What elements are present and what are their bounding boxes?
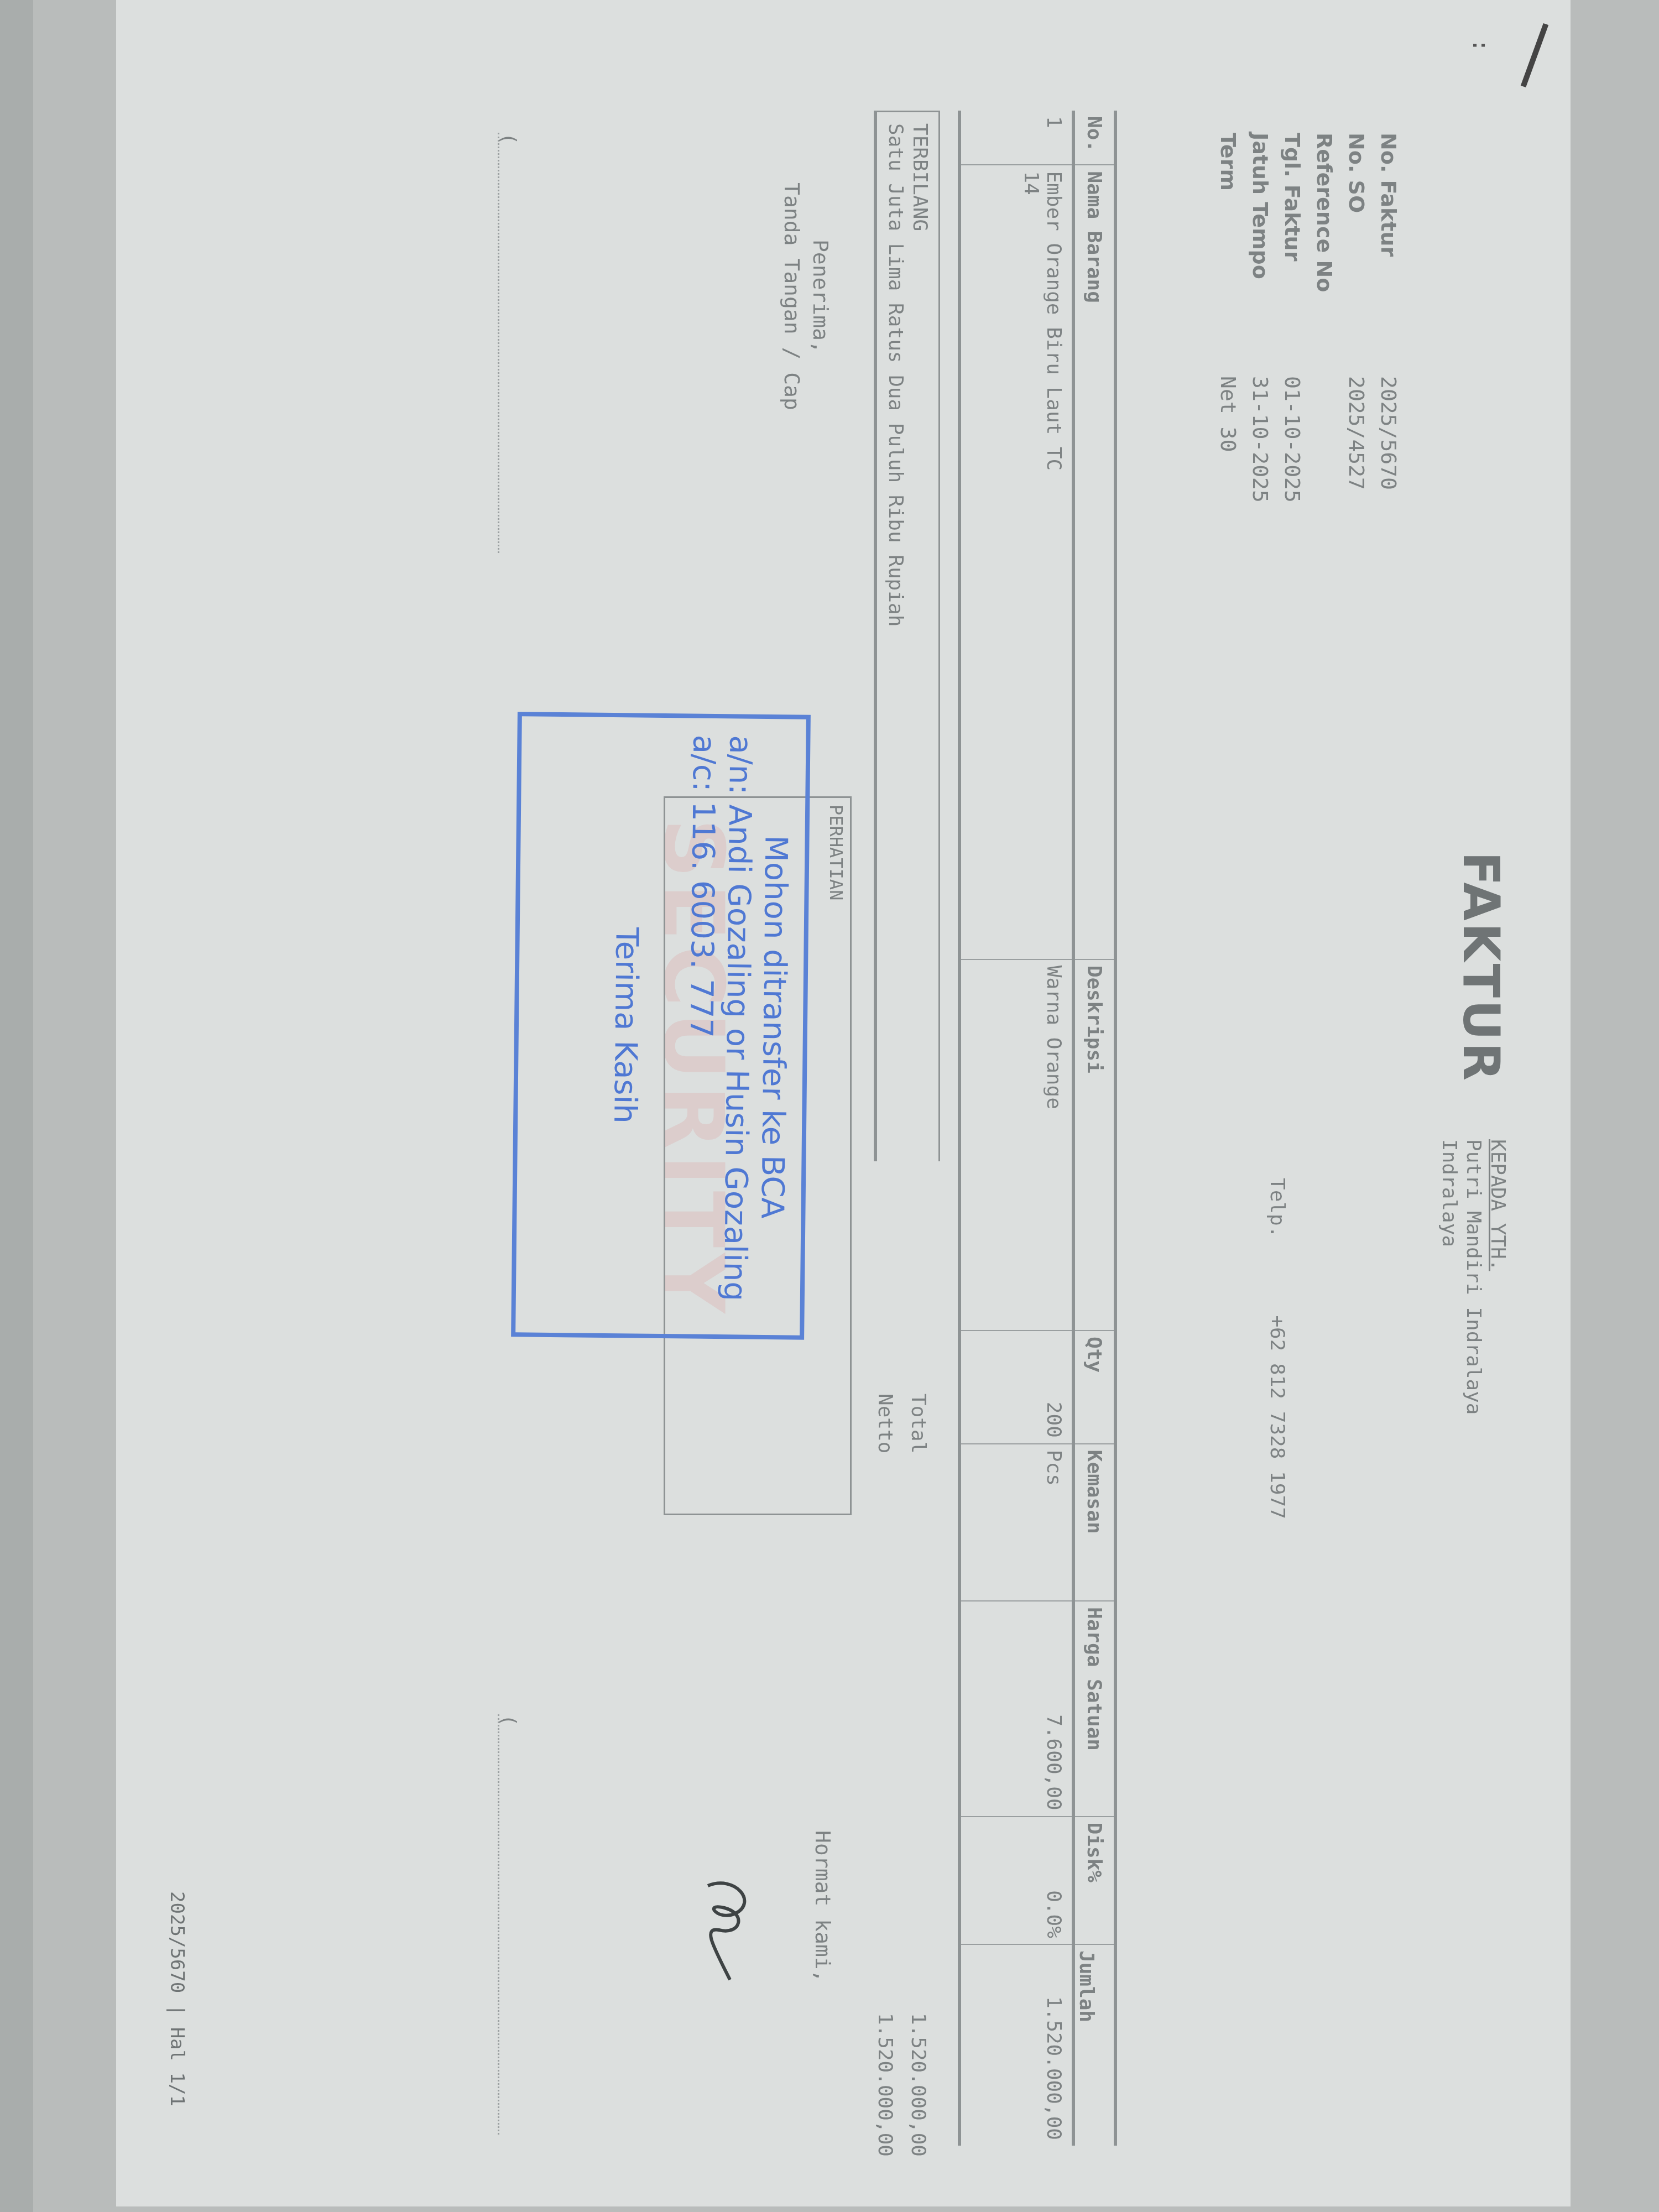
col-header: Nama Barang — [1075, 165, 1114, 959]
meta-value: 01-10-2025 — [1276, 376, 1308, 597]
terbilang-value: Satu Juta Lima Ratus Dua Puluh Ribu Rupi… — [883, 123, 907, 1150]
sender-label: Hormat kami, — [811, 1830, 835, 1983]
stamp-thanks: Terima Kasih — [604, 734, 646, 1317]
cell-qty: 200 — [961, 1331, 1072, 1444]
total-value: 1.520.000,00 — [901, 2013, 935, 2157]
terbilang-label: TERBILANG — [907, 123, 932, 1150]
cell-text: Warna Orange — [1042, 966, 1065, 1109]
netto-row: Netto1.520.000,00 — [868, 1394, 901, 2157]
cell-text: 0.0% — [1042, 1890, 1065, 1938]
cell-kemasan: Pcs — [961, 1444, 1072, 1601]
total-label: Total — [901, 1394, 935, 1453]
meta-value: 31-10-2025 — [1244, 376, 1276, 597]
meta-label: Term — [1212, 133, 1244, 376]
totals-block: Total1.520.000,00 Netto1.520.000,00 — [868, 1394, 935, 2157]
recipient-city: Indralaya — [1437, 1139, 1461, 1415]
sender-signature-line: ( — [498, 1714, 520, 2135]
cell-text: 1 — [1042, 116, 1065, 128]
meta-value: 2025/4527 — [1340, 376, 1373, 597]
meta-row: No. SO2025/4527 — [1340, 133, 1373, 597]
meta-label: No. Faktur — [1373, 133, 1405, 376]
meta-row: TermNet 30 — [1212, 133, 1244, 597]
cell-text: 14 — [1020, 171, 1042, 195]
meta-label: Tgl. Faktur — [1276, 133, 1308, 376]
recipient-block: KEPADA YTH. Putri Mandiri Indralaya Indr… — [1437, 1139, 1510, 1415]
meta-row: Jatuh Tempo31-10-2025 — [1244, 133, 1276, 597]
receiver-block: Penerima, Tanda Tangan / Cap — [778, 182, 835, 410]
table-header: No. Nama Barang Deskripsi Qty Kemasan Ha… — [1072, 111, 1114, 2146]
terbilang-box: TERBILANG Satu Juta Lima Ratus Dua Puluh… — [874, 111, 940, 1161]
cell-harga: 7.600,00 — [961, 1601, 1072, 1817]
table-row: 1 Ember Orange Biru Laut TC14 Warna Oran… — [961, 111, 1072, 2146]
cell-text: 200 — [1042, 1402, 1065, 1438]
meta-row: No. Faktur2025/5670 — [1373, 133, 1405, 597]
receiver-label: Penerima, — [806, 182, 835, 410]
cell-nama: Ember Orange Biru Laut TC14 — [961, 165, 1072, 959]
paren-open: ( — [497, 1714, 520, 1726]
cell-disk: 0.0% — [961, 1817, 1072, 1945]
meta-value: Net 30 — [1212, 376, 1244, 597]
cell-text: Pcs — [1042, 1450, 1065, 1486]
invoice-title: FAKTUR — [1452, 852, 1510, 1083]
netto-value: 1.520.000,00 — [868, 2013, 901, 2157]
col-header: No. — [1075, 111, 1114, 165]
pen-mark-icon — [1521, 23, 1548, 87]
col-header: Harga Satuan — [1075, 1601, 1114, 1817]
cell-text: 7.600,00 — [1042, 1714, 1065, 1810]
col-header: Jumlah — [1075, 1945, 1114, 2146]
bank-transfer-stamp: Mohon ditransfer ke BCA a/n: Andi Gozali… — [511, 712, 811, 1339]
cell-no: 1 — [961, 111, 1072, 165]
meta-value: 2025/5670 — [1373, 376, 1405, 597]
phone-value: +62 812 7328 1977 — [1266, 1315, 1288, 1519]
cell-text: 1.520.000,00 — [1042, 1996, 1065, 2140]
meta-value — [1308, 376, 1340, 597]
recipient-name: Putri Mandiri Indralaya — [1461, 1139, 1485, 1415]
stamp-line: Mohon ditransfer ke BCA — [752, 735, 795, 1319]
meta-label: Reference No — [1308, 133, 1340, 376]
cell-text: Ember Orange Biru Laut TC — [1042, 171, 1065, 471]
perhatian-label: PERHATIAN — [826, 805, 847, 900]
signature-caption: Tanda Tangan / Cap — [778, 182, 806, 410]
pen-dots: : — [1468, 39, 1493, 52]
phone-label: Telp. — [1266, 1178, 1288, 1238]
cell-deskripsi: Warna Orange — [961, 960, 1072, 1331]
desk-surface — [0, 0, 33, 2212]
meta-row: Tgl. Faktur01-10-2025 — [1276, 133, 1308, 597]
recipient-label: KEPADA YTH. — [1485, 1139, 1510, 1415]
items-table: No. Nama Barang Deskripsi Qty Kemasan Ha… — [958, 111, 1117, 2146]
stamp-line: a/n: Andi Gozaling or Husin Gozaling — [716, 735, 758, 1318]
signature-icon — [680, 1869, 769, 1991]
receiver-signature-line: ( — [498, 133, 520, 553]
meta-row: Reference No — [1308, 133, 1340, 597]
invoice-page: : FAKTUR KEPADA YTH. Putri Mandiri Indra… — [133, 0, 1571, 2157]
col-header: Qty — [1075, 1331, 1114, 1444]
netto-label: Netto — [868, 1394, 901, 1453]
col-header: Kemasan — [1075, 1444, 1114, 1601]
col-header: Deskripsi — [1075, 960, 1114, 1331]
meta-label: Jatuh Tempo — [1244, 133, 1276, 376]
col-header: Disk% — [1075, 1817, 1114, 1945]
cell-jumlah: 1.520.000,00 — [961, 1945, 1072, 2146]
meta-label: No. SO — [1340, 133, 1373, 376]
stamp-line: a/c: 116. 6003. 777 — [679, 734, 722, 1318]
page-footer: 2025/5670 | Hal 1/1 — [166, 1891, 188, 2106]
phone-block: Telp. +62 812 7328 1977 — [1266, 1178, 1288, 1519]
total-row: Total1.520.000,00 — [901, 1394, 935, 2157]
invoice-meta: No. Faktur2025/5670 No. SO2025/4527 Refe… — [1212, 133, 1405, 597]
paren-open: ( — [497, 133, 520, 145]
